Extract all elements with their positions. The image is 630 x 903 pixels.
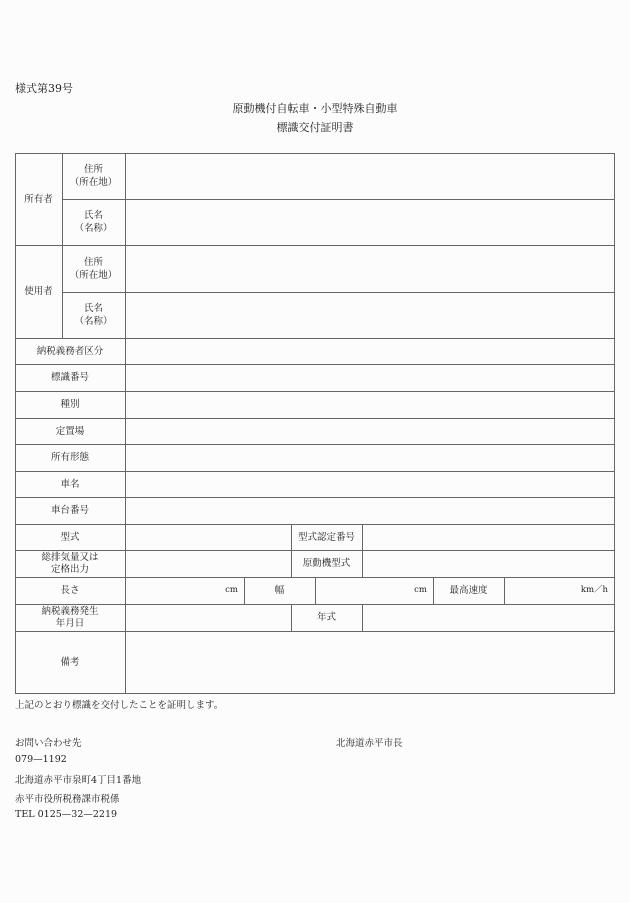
- length-field[interactable]: cm: [125, 577, 244, 604]
- owner-name-field[interactable]: [125, 199, 614, 245]
- owner-name-label-line2: （名称）: [74, 222, 112, 235]
- tax-date-label-line1: 納税義務発生: [41, 606, 98, 618]
- width-unit: cm: [414, 584, 427, 597]
- owner-address-label-line2: （所在地）: [70, 176, 118, 189]
- vehicle-class-field[interactable]: [125, 391, 614, 418]
- displacement-label-line2: 定格出力: [51, 564, 89, 576]
- ownership-type-label: 所有形態: [15, 444, 125, 471]
- certificate-table: 所有者 住所 （所在地） 氏名 （名称） 使用者 住所 （所在地） 氏名 （名称…: [0, 0, 630, 903]
- user-name-label-line2: （名称）: [74, 315, 112, 328]
- taxpayer-category-label: 納税義務者区分: [15, 338, 125, 364]
- table-border-right: [614, 153, 615, 694]
- plate-number-field[interactable]: [125, 364, 614, 391]
- user-address-label-line1: 住所: [84, 256, 103, 269]
- displacement-label: 総排気量又は 定格出力: [15, 550, 125, 577]
- owner-address-field[interactable]: [125, 153, 614, 199]
- table-border-bottom: [15, 693, 615, 694]
- tax-date-field[interactable]: [125, 604, 291, 631]
- displacement-field[interactable]: [125, 550, 291, 577]
- vehicle-name-field[interactable]: [125, 471, 614, 497]
- chassis-number-field[interactable]: [125, 497, 614, 524]
- engine-model-field[interactable]: [362, 550, 614, 577]
- contact-tel: TEL 0125—32—2219: [15, 809, 117, 820]
- type-approval-label: 型式認定番号: [291, 524, 362, 550]
- owner-name-label-line1: 氏名: [84, 209, 103, 222]
- user-group-label: 使用者: [15, 245, 62, 338]
- length-label: 長さ: [15, 577, 125, 604]
- year-model-label: 年式: [291, 604, 362, 631]
- user-name-label-line1: 氏名: [84, 302, 103, 315]
- tax-date-label: 納税義務発生 年月日: [15, 604, 125, 631]
- issuer-name: 北海道赤平市長: [336, 735, 403, 749]
- length-unit: cm: [225, 584, 238, 597]
- vehicle-name-label: 車名: [15, 471, 125, 497]
- remarks-field[interactable]: [125, 631, 614, 693]
- max-speed-unit: km／h: [581, 584, 608, 597]
- chassis-number-label: 車台番号: [15, 497, 125, 524]
- max-speed-field[interactable]: km／h: [504, 577, 614, 604]
- contact-address: 北海道赤平市泉町4丁目1番地: [15, 772, 141, 786]
- owner-address-label: 住所 （所在地）: [62, 153, 125, 199]
- plate-number-label: 標識番号: [15, 364, 125, 391]
- max-speed-label: 最高速度: [433, 577, 504, 604]
- tax-date-label-line2: 年月日: [56, 618, 85, 630]
- engine-model-label: 原動機型式: [291, 550, 362, 577]
- model-field[interactable]: [125, 524, 291, 550]
- user-address-label: 住所 （所在地）: [62, 245, 125, 292]
- contact-heading: お問い合わせ先: [15, 735, 82, 749]
- width-label: 幅: [244, 577, 315, 604]
- type-approval-field[interactable]: [362, 524, 614, 550]
- model-label: 型式: [15, 524, 125, 550]
- user-name-field[interactable]: [125, 292, 614, 338]
- user-address-label-line2: （所在地）: [70, 269, 118, 282]
- remarks-label: 備考: [15, 631, 125, 693]
- owner-address-label-line1: 住所: [84, 163, 103, 176]
- owner-group-label: 所有者: [15, 153, 62, 245]
- certification-statement: 上記のとおり標識を交付したことを証明します。: [15, 697, 223, 711]
- displacement-label-line1: 総排気量又は: [41, 552, 98, 564]
- ownership-type-field[interactable]: [125, 444, 614, 471]
- vehicle-class-label: 種別: [15, 391, 125, 418]
- storage-location-field[interactable]: [125, 418, 614, 444]
- year-model-field[interactable]: [362, 604, 614, 631]
- contact-department: 赤平市役所税務課市税係: [15, 791, 120, 805]
- contact-postal-code: 079—1192: [15, 754, 67, 765]
- storage-location-label: 定置場: [15, 418, 125, 444]
- width-field[interactable]: cm: [315, 577, 433, 604]
- user-address-field[interactable]: [125, 245, 614, 292]
- user-name-label: 氏名 （名称）: [62, 292, 125, 338]
- owner-name-label: 氏名 （名称）: [62, 199, 125, 245]
- taxpayer-category-field[interactable]: [125, 338, 614, 364]
